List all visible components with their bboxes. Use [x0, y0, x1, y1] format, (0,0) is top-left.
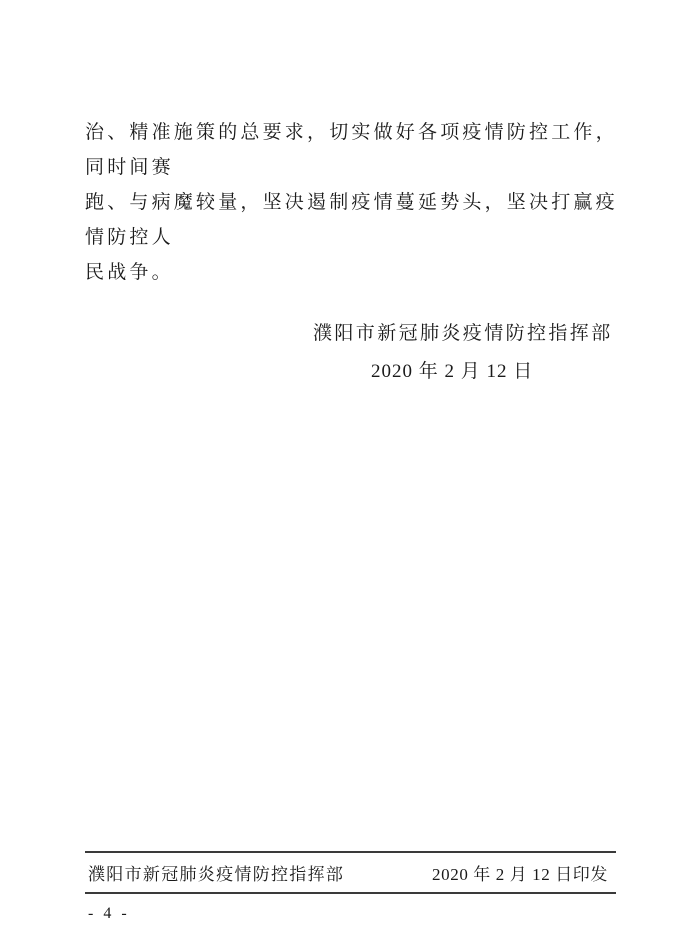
body-line: 民战争。: [85, 255, 625, 290]
signature-issuer: 濮阳市新冠肺炎疫情防控指挥部: [313, 318, 613, 345]
footer-rule-bottom: [85, 892, 616, 894]
footer-issuer: 濮阳市新冠肺炎疫情防控指挥部: [88, 860, 344, 885]
page-number: - 4 -: [88, 905, 130, 923]
body-line: 治、精准施策的总要求，切实做好各项疫情防控工作，同时间赛: [85, 115, 625, 185]
footer-issue-date: 2020 年 2 月 12 日印发: [432, 860, 608, 885]
footer-rule-top: [85, 851, 616, 853]
body-paragraph: 治、精准施策的总要求，切实做好各项疫情防控工作，同时间赛 跑、与病魔较量，坚决遏…: [85, 115, 625, 290]
signature-date: 2020 年 2 月 12 日: [371, 356, 533, 383]
body-line: 跑、与病魔较量，坚决遏制疫情蔓延势头，坚决打赢疫情防控人: [85, 185, 625, 255]
